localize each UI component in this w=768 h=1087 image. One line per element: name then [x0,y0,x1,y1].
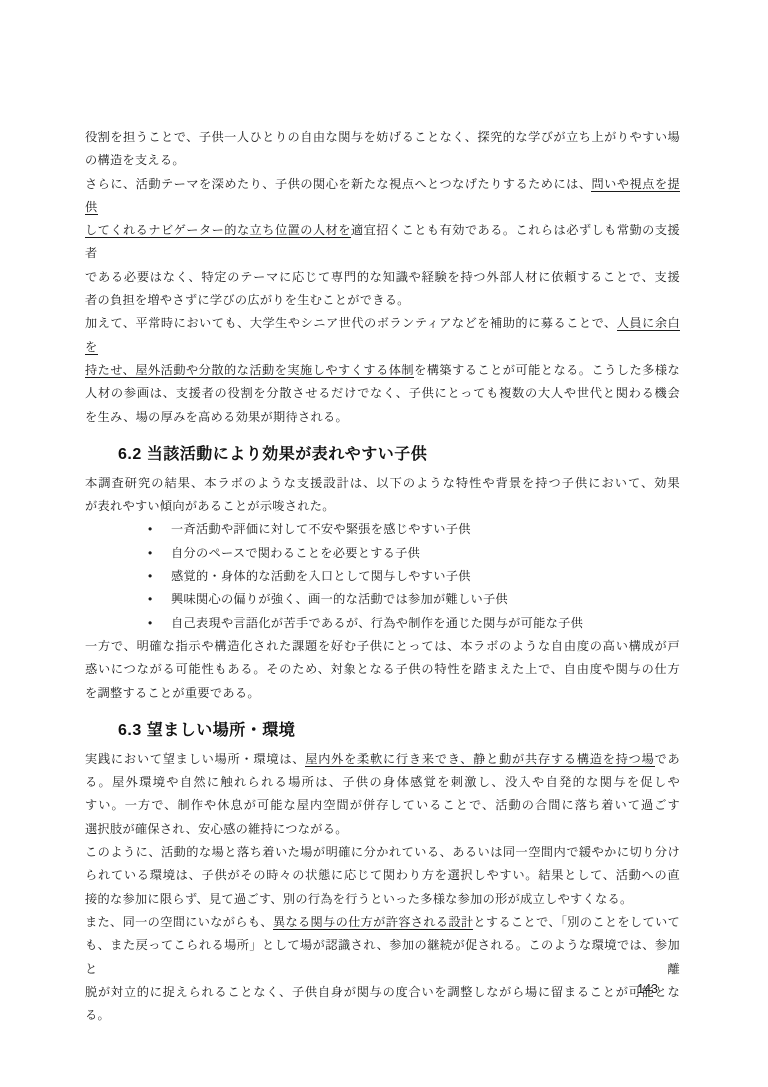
text-run: とすることで、「別のことをしていて [473,915,680,929]
section-heading-2: 6.3 望ましい場所・環境 [118,719,680,743]
bullet-icon: • [148,588,153,611]
document-page: 役割を担うことで、子供一人ひとりの自由な関与を妨げることなく、探究的な学びが立ち… [0,0,768,1087]
text-run: られている環境は、子供がその時々の状態に応じて関わり方を選択しやすい。結果として… [85,868,680,882]
text-line: このように、活動的な場と落ち着いた場が明確に分かれている、あるいは同一空間内で緩… [85,841,680,864]
bullet-item-label: 一斉活動や評価に対して不安や緊張を感じやすい子供 [171,522,471,536]
bullet-item-label: 感覚的・身体的な活動を入口として関与しやすい子供 [171,569,471,583]
underlined-text: 異なる関与の仕方が許容される設計 [273,915,473,930]
text-line: 選択肢が確保され、安心感の維持につながる。 [85,818,680,841]
text-line: られている環境は、子供がその時々の状態に応じて関わり方を選択しやすい。結果として… [85,864,680,887]
text-line: また、同一の空間にいながらも、異なる関与の仕方が許容される設計とすることで、「別… [85,911,680,934]
text-run: も、また戻ってこられる場所」として場が認識され、参加の継続が促される。このような… [85,938,680,975]
bullet-icon: • [148,565,153,588]
underlined-text: 持たせ、屋外活動や分散的な活動を実施しやすくする体制 [85,363,414,378]
text-line: 実践において望ましい場所・環境は、屋内外を柔軟に行き来でき、静と動が共存する構造… [85,748,680,771]
text-line: 人材の参画は、支援者の役割を分散させるだけでなく、子供にとっても複数の大人や世代… [85,382,680,405]
bullet-item: •感覚的・身体的な活動を入口として関与しやすい子供 [85,565,680,588]
text-run: る。 [85,1008,110,1022]
section-heading-1: 6.2 当該活動により効果が表れやすい子供 [118,443,680,467]
bullet-item: •一斉活動や評価に対して不安や緊張を感じやすい子供 [85,518,680,541]
text-run: を調整することが重要である。 [85,686,260,700]
text-run: 選択肢が確保され、安心感の維持につながる。 [85,822,348,836]
text-run: 本調査研究の結果、本ラボのような支援設計は、以下のような特性や背景を持つ子供にお… [85,476,680,490]
text-run: を生み、場の厚みを高める効果が期待される。 [85,410,348,424]
text-run: の構造を支える。 [85,153,185,167]
text-line: すい。一方で、制作や休息が可能な屋内空間が併存していることで、活動の合間に落ち着… [85,794,680,817]
text-line: 脱が対立的に捉えられることなく、子供自身が関与の度合いを調整しながら場に留まるこ… [85,981,680,1004]
bullet-item: •自己表現や言語化が苦手であるが、行為や制作を通じた関与が可能な子供 [85,612,680,635]
text-run: すい。一方で、制作や休息が可能な屋内空間が併存していることで、活動の合間に落ち着… [85,798,680,812]
text-line: の構造を支える。 [85,149,680,172]
bullet-item: •興味関心の偏りが強く、画一的な活動では参加が難しい子供 [85,588,680,611]
bullet-item-label: 興味関心の偏りが強く、画一的な活動では参加が難しい子供 [171,592,508,606]
text-run: 接的な参加に限らず、見て過ごす、別の行為を行うといった多様な参加の形が成立しやす… [85,892,633,906]
text-run: 役割を担うことで、子供一人ひとりの自由な関与を妨げることなく、探究的な学びが立ち… [85,130,680,144]
text-run: であ [655,752,680,766]
text-line: 者の負担を増やさずに学びの広がりを生むことができる。 [85,289,680,312]
text-line: 役割を担うことで、子供一人ひとりの自由な関与を妨げることなく、探究的な学びが立ち… [85,126,680,149]
text-run: 実践において望ましい場所・環境は、 [85,752,305,766]
text-line: 本調査研究の結果、本ラボのような支援設計は、以下のような特性や背景を持つ子供にお… [85,472,680,495]
bullet-item: •自分のペースで関わることを必要とする子供 [85,542,680,565]
body-paragraph-3: 加えて、平常時においても、大学生やシニア世代のボランティアなどを補助的に募ること… [85,312,680,428]
body-paragraph-6: 実践において望ましい場所・環境は、屋内外を柔軟に行き来でき、静と動が共存する構造… [85,748,680,841]
text-run: さらに、活動テーマを深めたり、子供の関心を新たな視点へとつなげたりするためには、 [85,177,591,191]
text-line: 惑いにつながる可能性もある。そのため、対象となる子供の特性を踏まえた上で、自由度… [85,658,680,681]
bullet-item-label: 自分のペースで関わることを必要とする子供 [171,546,420,560]
text-line: してくれるナビゲーター的な立ち位置の人材を適宜招くことも有効である。これらは必ず… [85,219,680,266]
page-number: 143 [637,981,658,997]
text-line: さらに、活動テーマを深めたり、子供の関心を新たな視点へとつなげたりするためには、… [85,173,680,220]
text-run: る。屋外環境や自然に触れられる場所は、子供の身体感覚を刺激し、没入や自発的な関与… [85,775,680,789]
text-run: である必要はなく、特定のテーマに応じて専門的な知識や経験を持つ外部人材に依頼する… [85,270,680,284]
text-run: 加えて、平常時においても、大学生やシニア世代のボランティアなどを補助的に募ること… [85,316,617,330]
text-run: を構築することが可能となる。こうした多様な [414,363,680,377]
bullet-icon: • [148,542,153,565]
body-paragraph-5: 一方で、明確な指示や構造化された課題を好む子供にとっては、本ラボのような自由度の… [85,635,680,705]
text-line: 加えて、平常時においても、大学生やシニア世代のボランティアなどを補助的に募ること… [85,312,680,359]
text-line: 一方で、明確な指示や構造化された課題を好む子供にとっては、本ラボのような自由度の… [85,635,680,658]
text-run: 脱が対立的に捉えられることなく、子供自身が関与の度合いを調整しながら場に留まるこ… [85,985,680,999]
body-paragraph-1: 役割を担うことで、子供一人ひとりの自由な関与を妨げることなく、探究的な学びが立ち… [85,126,680,173]
text-line: 接的な参加に限らず、見て過ごす、別の行為を行うといった多様な参加の形が成立しやす… [85,888,680,911]
text-run: 一方で、明確な指示や構造化された課題を好む子供にとっては、本ラボのような自由度の… [85,639,680,653]
text-run: が表れやすい傾向があることが示唆された。 [85,499,335,513]
body-paragraph-4: 本調査研究の結果、本ラボのような支援設計は、以下のような特性や背景を持つ子供にお… [85,472,680,519]
bullet-item-label: 自己表現や言語化が苦手であるが、行為や制作を通じた関与が可能な子供 [171,616,583,630]
text-line: である必要はなく、特定のテーマに応じて専門的な知識や経験を持つ外部人材に依頼する… [85,266,680,289]
text-line: る。屋外環境や自然に触れられる場所は、子供の身体感覚を刺激し、没入や自発的な関与… [85,771,680,794]
text-run: 惑いにつながる可能性もある。そのため、対象となる子供の特性を踏まえた上で、自由度… [85,662,680,676]
text-line: る。 [85,1004,680,1027]
text-line: が表れやすい傾向があることが示唆された。 [85,495,680,518]
body-paragraph-2: さらに、活動テーマを深めたり、子供の関心を新たな視点へとつなげたりするためには、… [85,173,680,313]
text-run: 者の負担を増やさずに学びの広がりを生むことができる。 [85,293,410,307]
text-run: また、同一の空間にいながらも、 [85,915,273,929]
text-line: を生み、場の厚みを高める効果が期待される。 [85,406,680,429]
text-line: も、また戻ってこられる場所」として場が認識され、参加の継続が促される。このような… [85,934,680,981]
body-paragraph-8: また、同一の空間にいながらも、異なる関与の仕方が許容される設計とすることで、「別… [85,911,680,1027]
body-paragraph-7: このように、活動的な場と落ち着いた場が明確に分かれている、あるいは同一空間内で緩… [85,841,680,911]
document-content: 役割を担うことで、子供一人ひとりの自由な関与を妨げることなく、探究的な学びが立ち… [85,126,680,1027]
underlined-text: 屋内外を柔軟に行き来でき、静と動が共存する構造を持つ場 [305,752,654,767]
text-run: このように、活動的な場と落ち着いた場が明確に分かれている、あるいは同一空間内で緩… [85,845,680,859]
underlined-text: してくれるナビゲーター的な立ち位置の人材を [85,223,351,238]
bullet-list: •一斉活動や評価に対して不安や緊張を感じやすい子供•自分のペースで関わることを必… [85,518,680,634]
text-run: 人材の参画は、支援者の役割を分散させるだけでなく、子供にとっても複数の大人や世代… [85,386,680,400]
text-line: 持たせ、屋外活動や分散的な活動を実施しやすくする体制を構築することが可能となる。… [85,359,680,382]
bullet-icon: • [148,612,153,635]
bullet-icon: • [148,518,153,541]
text-line: を調整することが重要である。 [85,682,680,705]
